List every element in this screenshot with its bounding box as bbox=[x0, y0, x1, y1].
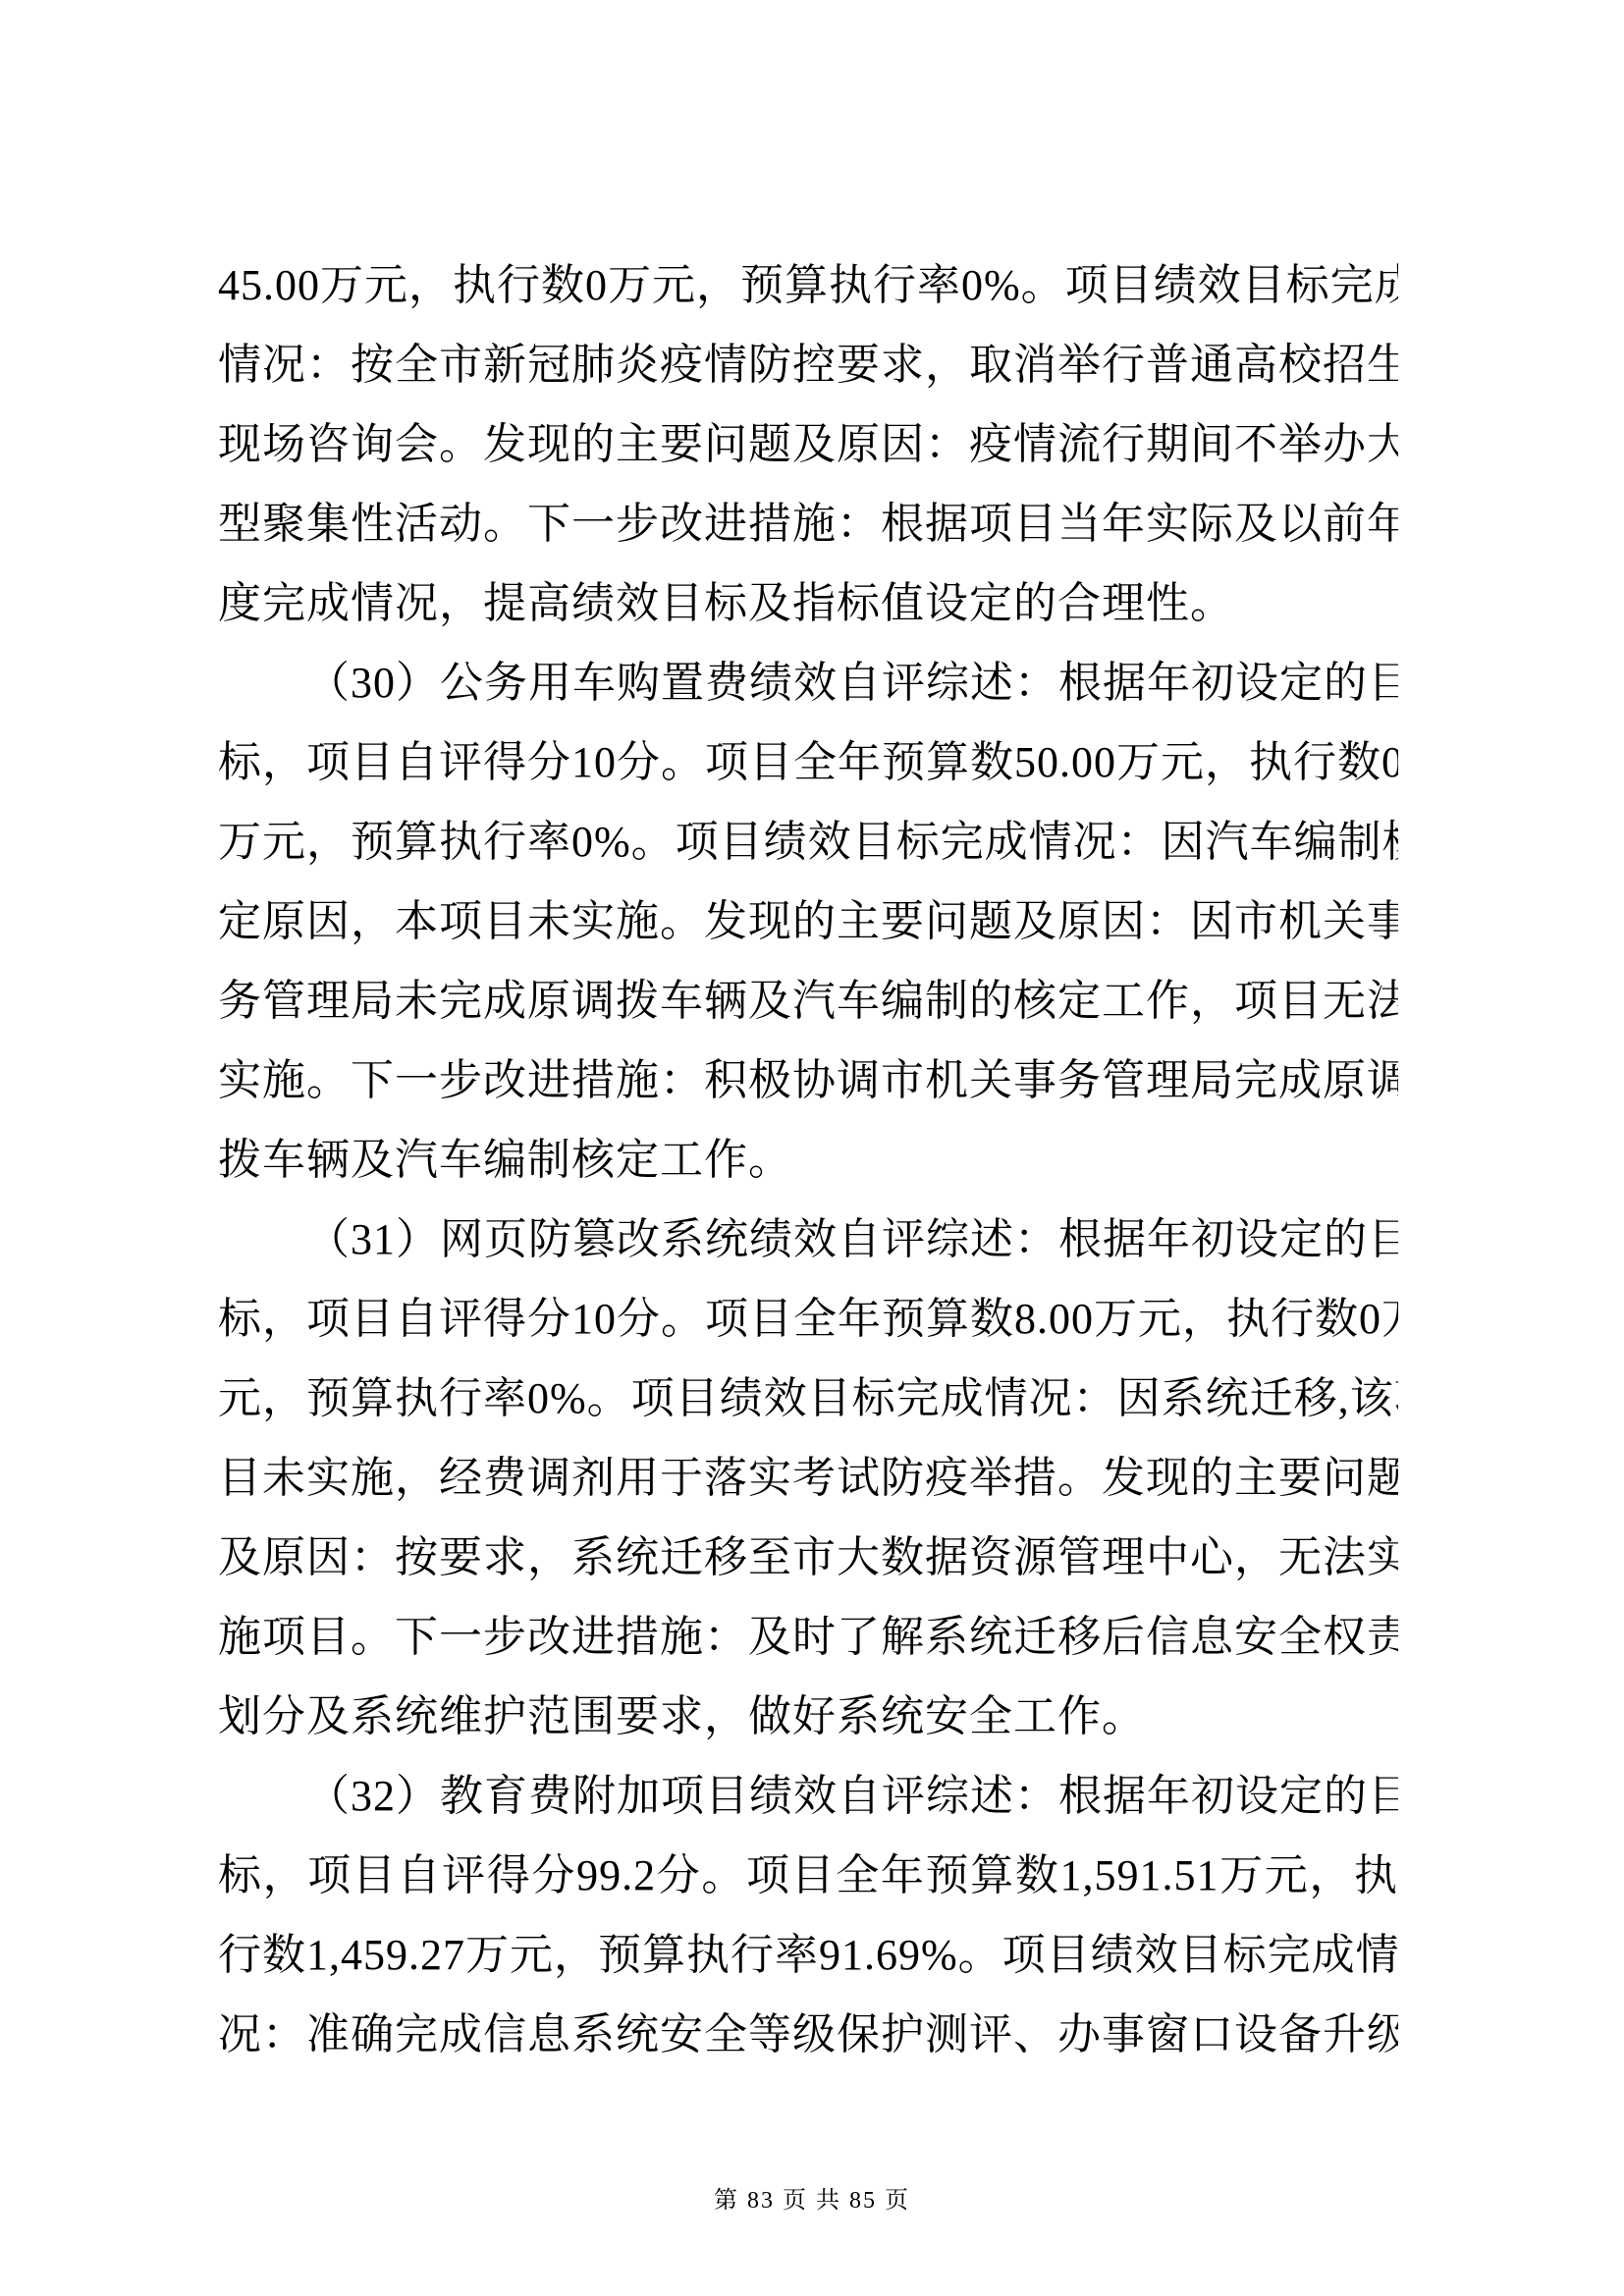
text-line: 及原因：按要求，系统迁移至市大数据资源管理中心，无法实 bbox=[218, 1518, 1398, 1597]
text-line: 元，预算执行率0%。项目绩效目标完成情况：因系统迁移,该项 bbox=[218, 1359, 1398, 1438]
text-line: 标，项目自评得分10分。项目全年预算数8.00万元，执行数0万 bbox=[218, 1279, 1398, 1359]
text-line: 目未实施，经费调剂用于落实考试防疫举措。发现的主要问题 bbox=[218, 1438, 1398, 1518]
text-line: 情况：按全市新冠肺炎疫情防控要求，取消举行普通高校招生 bbox=[218, 325, 1398, 404]
text-line: 标，项目自评得分99.2分。项目全年预算数1,591.51万元，执 bbox=[218, 1836, 1398, 1915]
text-line: 45.00万元，执行数0万元，预算执行率0%。项目绩效目标完成 bbox=[218, 245, 1398, 325]
text-line: 型聚集性活动。下一步改进措施：根据项目当年实际及以前年 bbox=[218, 484, 1398, 563]
text-line: 况：准确完成信息系统安全等级保护测评、办事窗口设备升级 bbox=[218, 1995, 1398, 2074]
document-body-text: 45.00万元，执行数0万元，预算执行率0%。项目绩效目标完成 情况：按全市新冠… bbox=[218, 245, 1398, 2074]
text-line-paragraph-start-item-30: （30）公务用车购置费绩效自评综述：根据年初设定的目 bbox=[218, 643, 1398, 722]
text-line: 现场咨询会。发现的主要问题及原因：疫情流行期间不举办大 bbox=[218, 404, 1398, 484]
text-line-paragraph-end: 度完成情况，提高绩效目标及指标值设定的合理性。 bbox=[218, 563, 1398, 643]
text-line-paragraph-end: 拨车辆及汽车编制核定工作。 bbox=[218, 1120, 1398, 1200]
page-number-footer: 第 83 页 共 85 页 bbox=[0, 2181, 1624, 2220]
text-line: 定原因，本项目未实施。发现的主要问题及原因：因市机关事 bbox=[218, 881, 1398, 961]
text-line: 行数1,459.27万元，预算执行率91.69%。项目绩效目标完成情 bbox=[218, 1915, 1398, 1995]
text-line: 万元，预算执行率0%。项目绩效目标完成情况：因汽车编制核 bbox=[218, 802, 1398, 881]
text-line-paragraph-start-item-31: （31）网页防篡改系统绩效自评综述：根据年初设定的目 bbox=[218, 1200, 1398, 1279]
document-page: 45.00万元，执行数0万元，预算执行率0%。项目绩效目标完成 情况：按全市新冠… bbox=[0, 0, 1624, 2296]
text-line: 务管理局未完成原调拨车辆及汽车编制的核定工作，项目无法 bbox=[218, 961, 1398, 1041]
text-line-paragraph-start-item-32: （32）教育费附加项目绩效自评综述：根据年初设定的目 bbox=[218, 1756, 1398, 1836]
text-line: 实施。下一步改进措施：积极协调市机关事务管理局完成原调 bbox=[218, 1041, 1398, 1120]
text-line: 施项目。下一步改进措施：及时了解系统迁移后信息安全权责 bbox=[218, 1597, 1398, 1677]
text-line-paragraph-end: 划分及系统维护范围要求，做好系统安全工作。 bbox=[218, 1677, 1398, 1756]
text-line: 标，项目自评得分10分。项目全年预算数50.00万元，执行数0 bbox=[218, 722, 1398, 802]
